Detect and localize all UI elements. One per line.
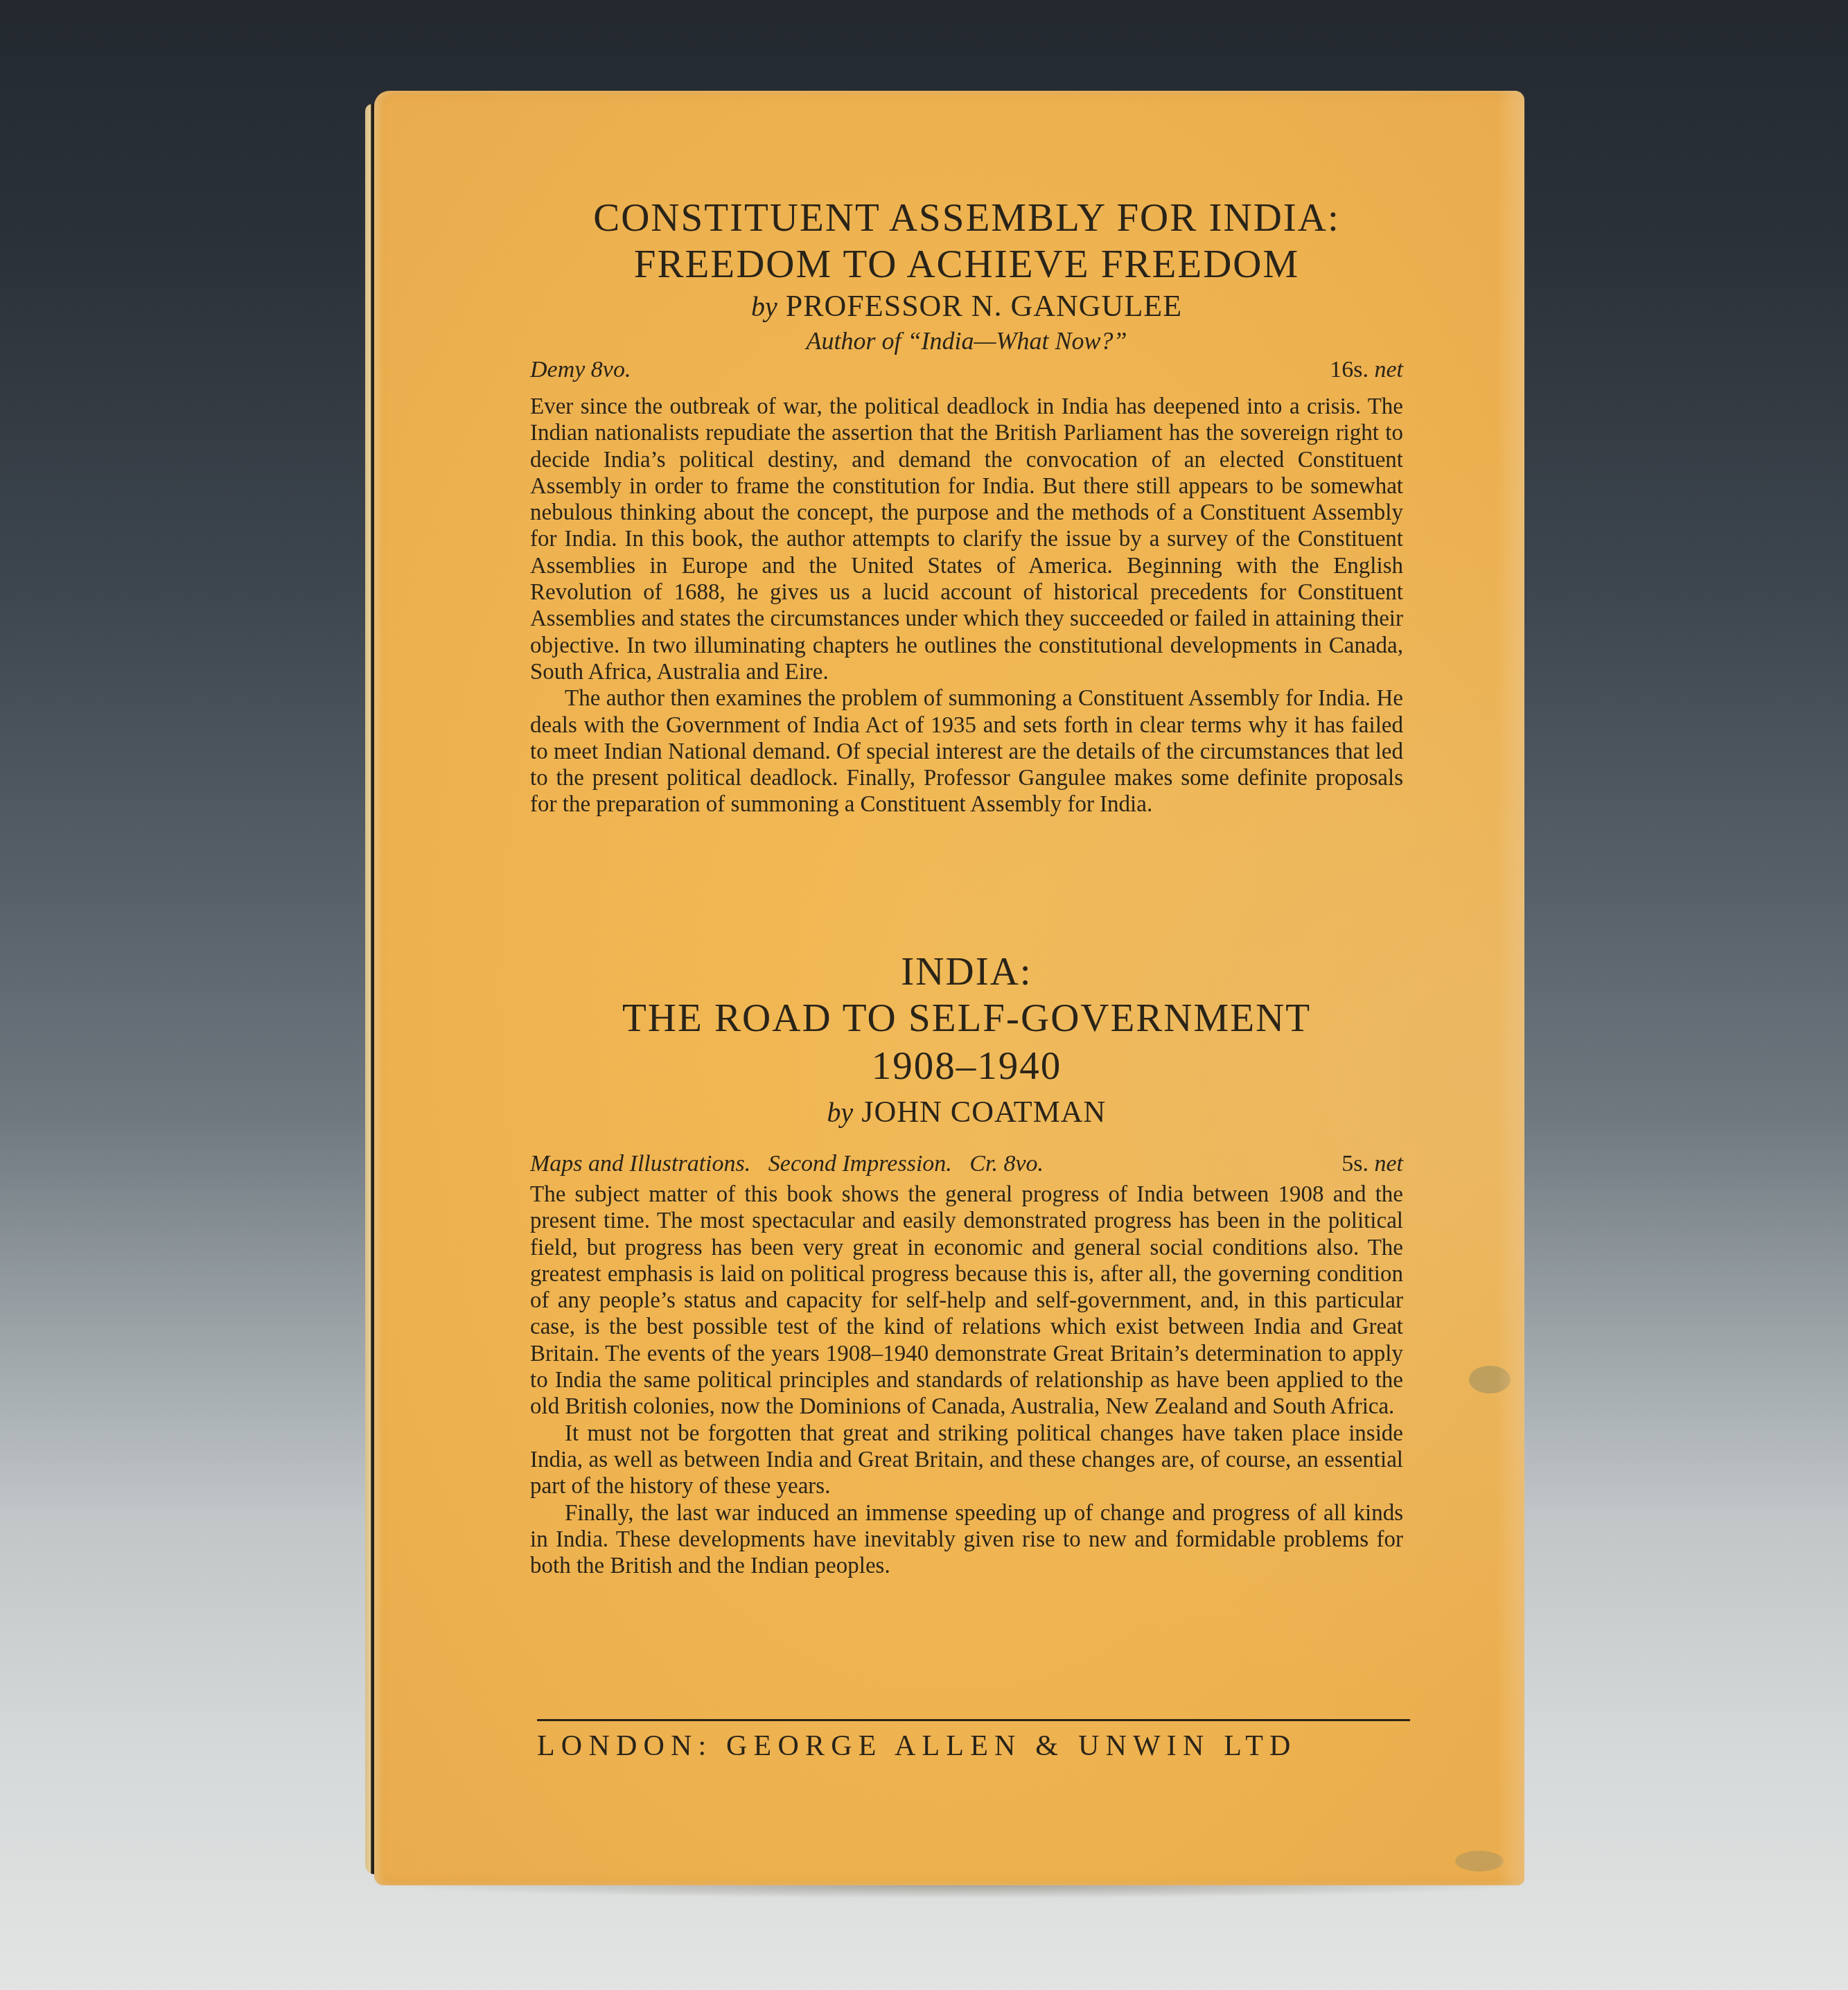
book2-description: The subject matter of this book shows th… — [530, 1181, 1403, 1579]
book1-format: Demy 8vo. — [530, 357, 631, 382]
book2-title-line2: THE ROAD TO SELF-GOVERNMENT — [530, 996, 1403, 1041]
book2-title-line3: 1908–1940 — [530, 1044, 1403, 1089]
by-prefix: by — [751, 291, 777, 322]
book2-price: 5s. net — [1341, 1150, 1403, 1178]
publisher-rule — [537, 1719, 1410, 1721]
book1-price: 16s. net — [1330, 356, 1403, 384]
book1-author: PROFESSOR N. GANGULEE — [786, 289, 1182, 323]
book1-paragraph: Ever since the outbreak of war, the poli… — [530, 394, 1403, 685]
publisher-imprint: LONDON: GEORGE ALLEN & UNWIN LTD — [537, 1727, 1410, 1766]
book1-title-line1: CONSTITUENT ASSEMBLY FOR INDIA: — [530, 195, 1403, 241]
book2-paragraph: The subject matter of this book shows th… — [530, 1181, 1403, 1420]
book1-author-of: Author of “India—What Now?” — [530, 326, 1403, 356]
book2-paragraph: It must not be forgotten that great and … — [530, 1420, 1403, 1500]
book2-format: Maps and Illustrations. Second Impressio… — [530, 1151, 1044, 1177]
book1-byline: by PROFESSOR N. GANGULEE — [530, 288, 1403, 326]
wear-mark — [1469, 1366, 1511, 1393]
book2-meta: Maps and Illustrations. Second Impressio… — [530, 1150, 1403, 1178]
book1-paragraph: The author then examines the problem of … — [530, 685, 1403, 818]
book1-price-suffix: net — [1374, 357, 1403, 382]
book1-price-amount: 16s. — [1330, 357, 1369, 382]
book2-paragraph: Finally, the last war induced an immense… — [530, 1500, 1403, 1580]
book2-title-line1: INDIA: — [530, 949, 1403, 995]
book2-byline: by JOHN COATMAN — [530, 1093, 1403, 1132]
book2-author: JOHN COATMAN — [861, 1095, 1106, 1129]
wear-mark — [1455, 1851, 1504, 1872]
book1-title-line2: FREEDOM TO ACHIEVE FREEDOM — [530, 242, 1403, 288]
book1-description: Ever since the outbreak of war, the poli… — [530, 394, 1403, 818]
by-prefix: by — [827, 1097, 854, 1128]
book2-price-suffix: net — [1374, 1151, 1403, 1177]
book2-price-amount: 5s. — [1341, 1151, 1369, 1177]
book1-meta: Demy 8vo. 16s. net — [530, 356, 1403, 384]
